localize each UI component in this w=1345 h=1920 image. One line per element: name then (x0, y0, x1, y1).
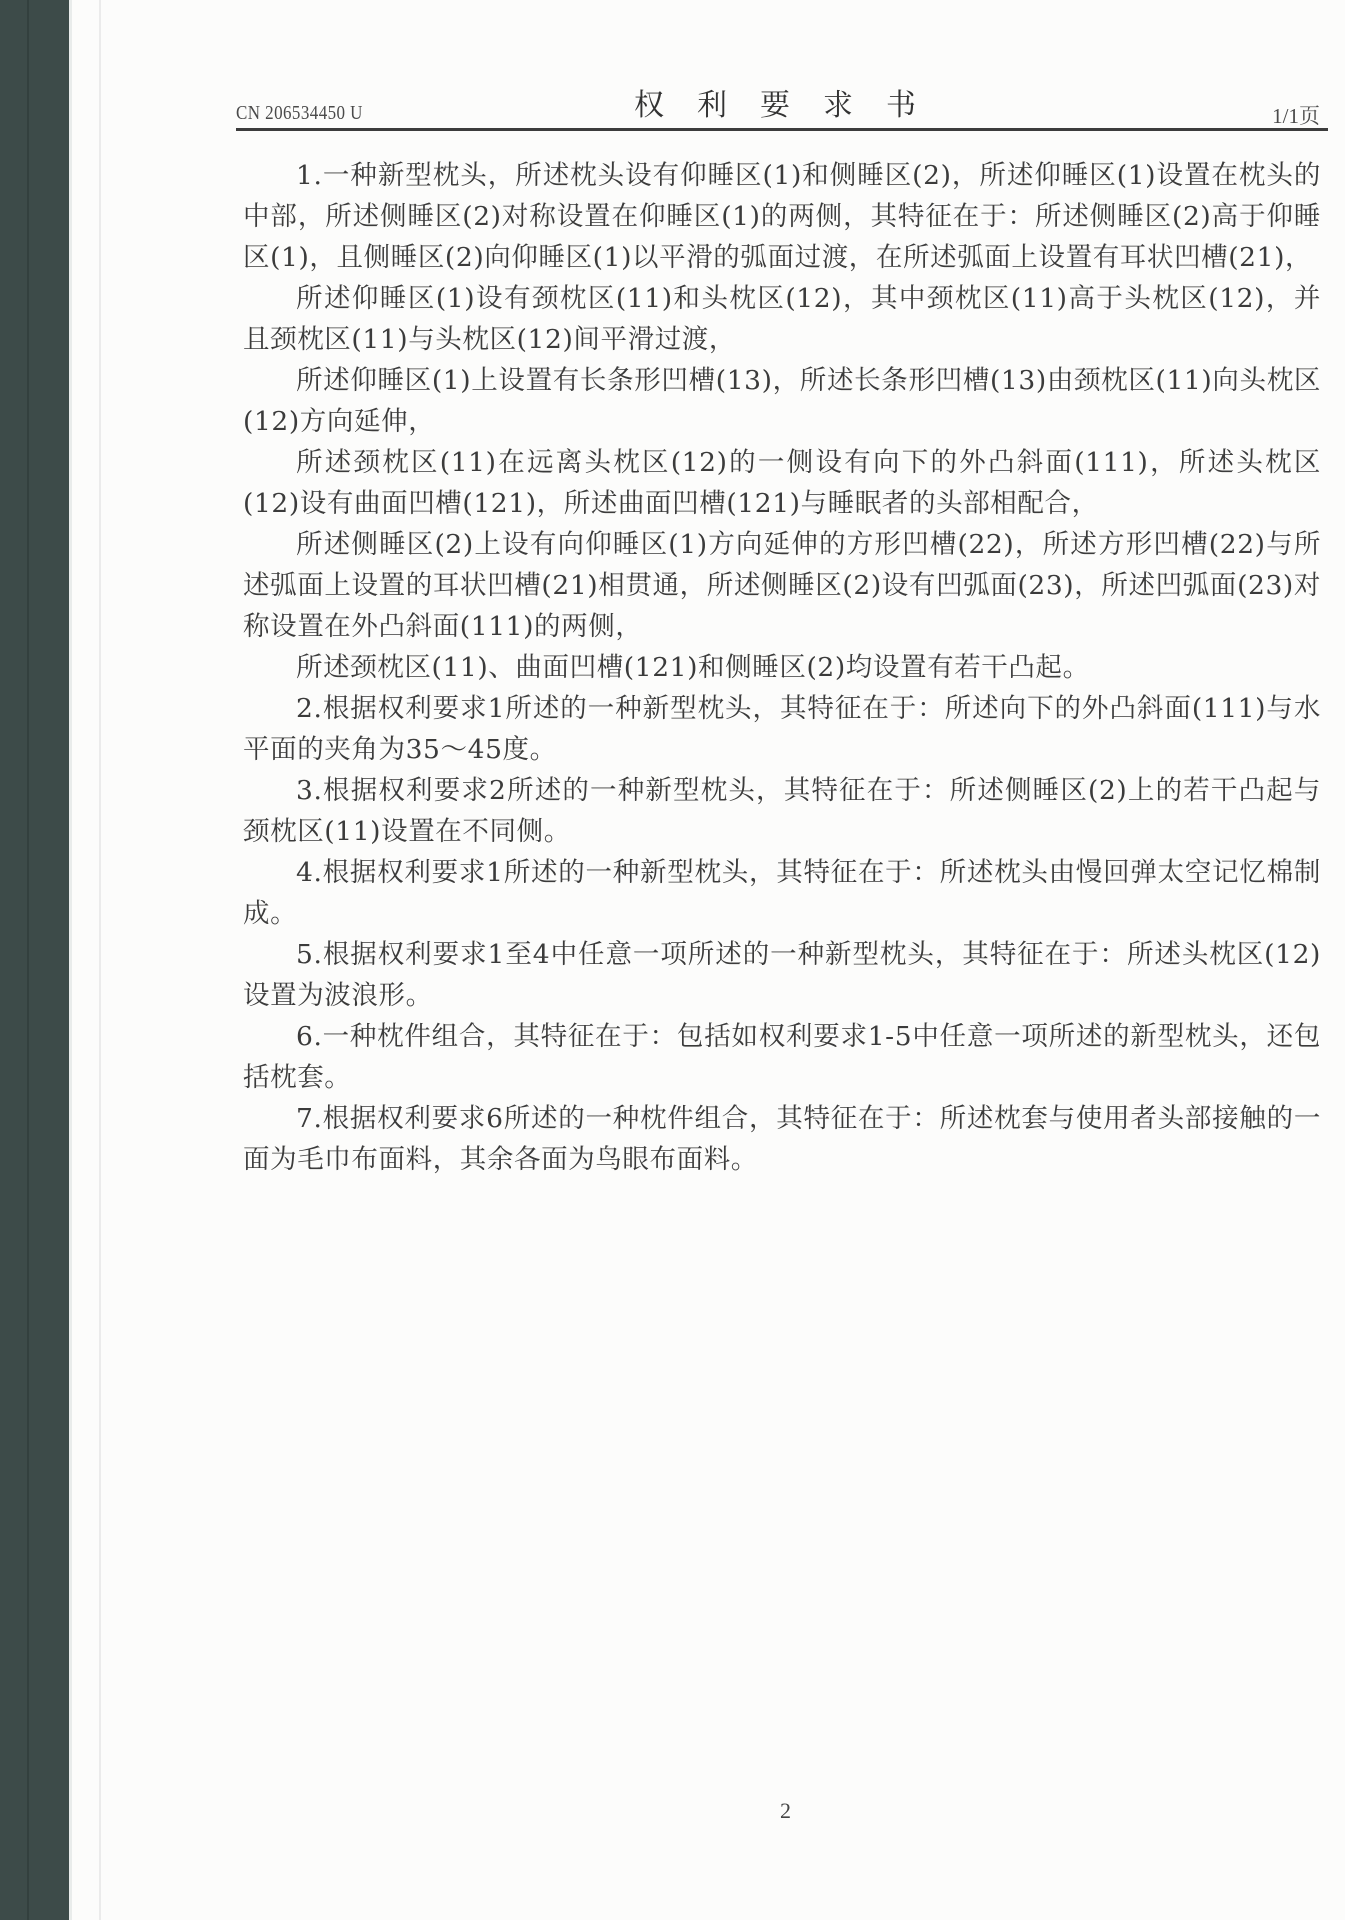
claim-1-feature-long-groove: 所述仰睡区(1)上设置有长条形凹槽(13)，所述长条形凹槽(13)由颈枕区(11… (243, 360, 1321, 442)
page-header: CN 206534450 U 权利要求书 1/1页 (236, 70, 1328, 132)
scan-fold-line (99, 0, 101, 1920)
claim-7: 7.根据权利要求6所述的一种枕件组合，其特征在于：所述枕套与使用者头部接触的一面… (243, 1098, 1321, 1180)
page-count: 1/1页 (1272, 100, 1320, 130)
claim-3: 3.根据权利要求2所述的一种新型枕头，其特征在于：所述侧睡区(2)上的若干凸起与… (243, 770, 1321, 852)
claim-1-feature-bumps: 所述颈枕区(11)、曲面凹槽(121)和侧睡区(2)均设置有若干凸起。 (243, 647, 1321, 688)
claim-1-feature-slope: 所述颈枕区(11)在远离头枕区(12)的一侧设有向下的外凸斜面(111)，所述头… (243, 442, 1321, 524)
page-number: 2 (780, 1798, 791, 1824)
claim-1-feature-neck-head-zone: 所述仰睡区(1)设有颈枕区(11)和头枕区(12)，其中颈枕区(11)高于头枕区… (243, 278, 1321, 360)
scan-binding-strip (0, 0, 69, 1920)
binding-seam (27, 0, 29, 1920)
binding-edge (69, 0, 72, 1920)
claim-4: 4.根据权利要求1所述的一种新型枕头，其特征在于：所述枕头由慢回弹太空记忆棉制成… (243, 852, 1321, 934)
claim-1-preamble: 1.一种新型枕头，所述枕头设有仰睡区(1)和侧睡区(2)，所述仰睡区(1)设置在… (243, 155, 1321, 278)
claims-body: 1.一种新型枕头，所述枕头设有仰睡区(1)和侧睡区(2)，所述仰睡区(1)设置在… (243, 155, 1321, 1180)
header-divider (236, 128, 1328, 131)
claim-1-feature-side-groove: 所述侧睡区(2)上设有向仰睡区(1)方向延伸的方形凹槽(22)，所述方形凹槽(2… (243, 524, 1321, 647)
document-number: CN 206534450 U (236, 102, 363, 125)
claim-6: 6.一种枕件组合，其特征在于：包括如权利要求1-5中任意一项所述的新型枕头，还包… (243, 1016, 1321, 1098)
page-title: 权利要求书 (634, 80, 949, 124)
claim-2: 2.根据权利要求1所述的一种新型枕头，其特征在于：所述向下的外凸斜面(111)与… (243, 688, 1321, 770)
claim-5: 5.根据权利要求1至4中任意一项所述的一种新型枕头，其特征在于：所述头枕区(12… (243, 934, 1321, 1016)
